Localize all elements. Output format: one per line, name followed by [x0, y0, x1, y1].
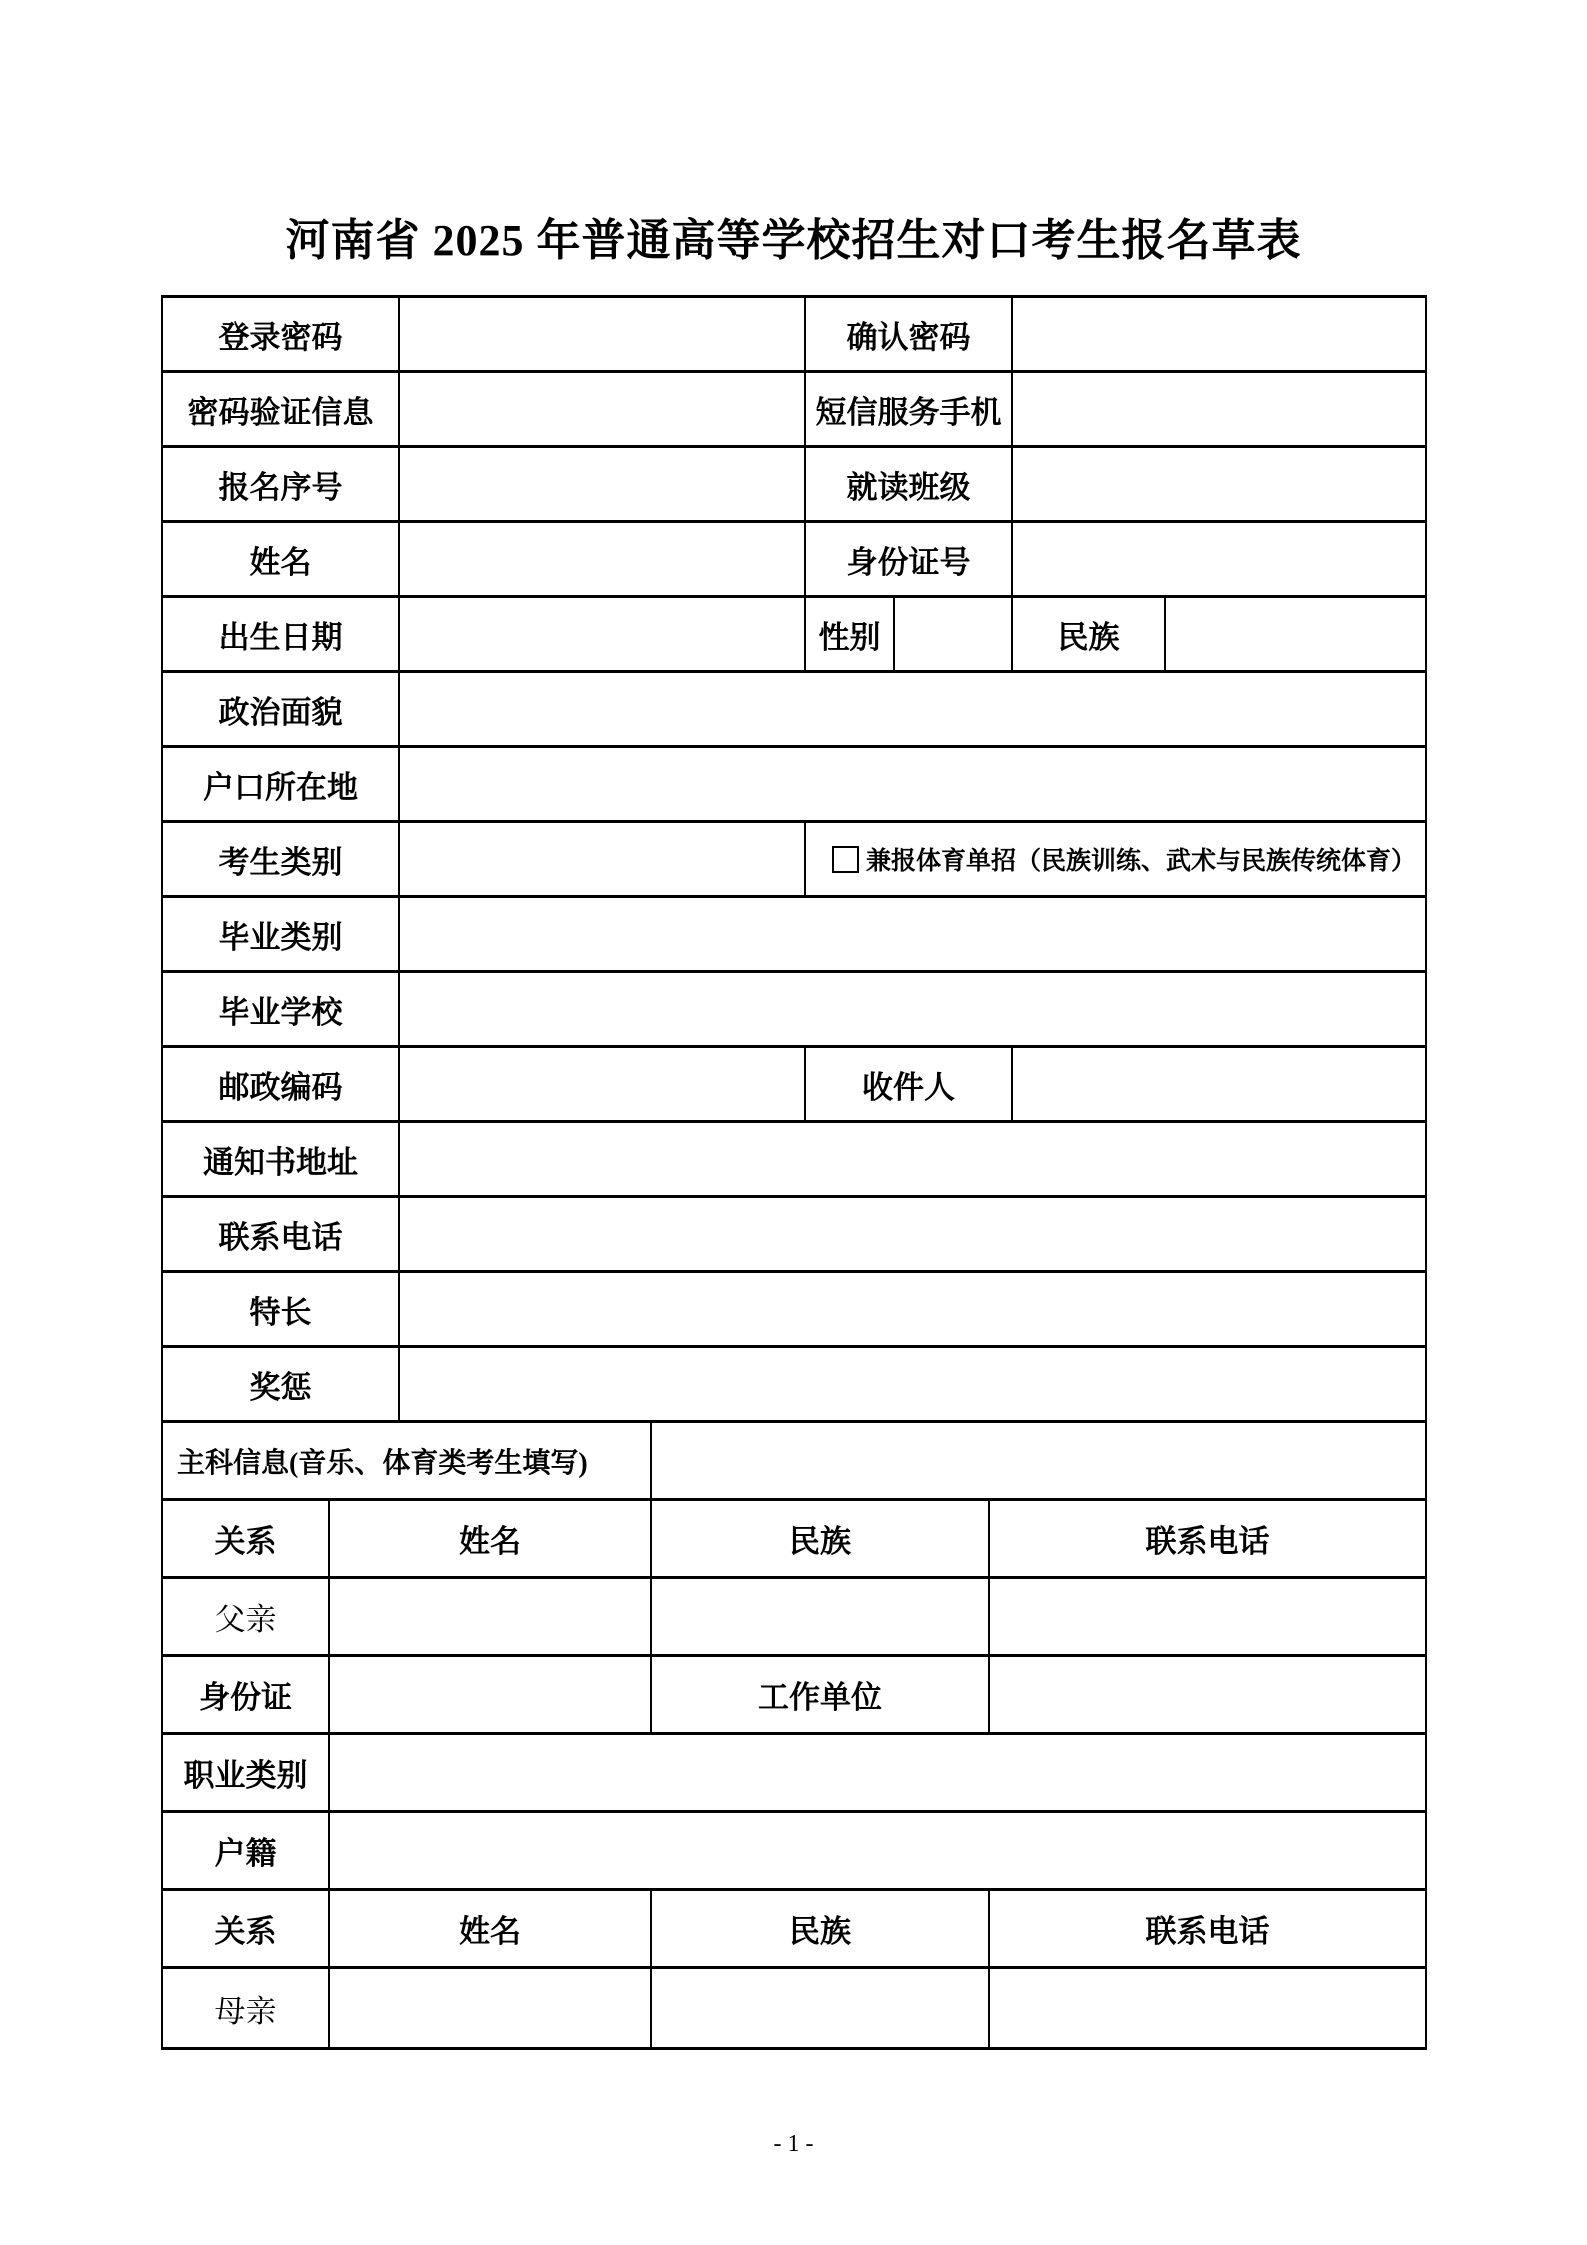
- birth-date-input-cell[interactable]: [400, 598, 806, 670]
- page-number: - 1 -: [0, 2128, 1587, 2160]
- table-row: 关系 姓名 民族 联系电话: [163, 1891, 1425, 1969]
- table-row: 身份证 工作单位: [163, 1657, 1425, 1735]
- checkbox-icon[interactable]: [832, 846, 859, 873]
- recipient-label: 收件人: [806, 1048, 1013, 1120]
- table-row: 户口所在地: [163, 748, 1425, 823]
- graduation-school-label: 毕业学校: [163, 973, 400, 1045]
- specialty-label: 特长: [163, 1273, 400, 1345]
- password-verify-info-input-cell[interactable]: [400, 373, 806, 445]
- table-row: 姓名 身份证号: [163, 523, 1425, 598]
- table-row: 特长: [163, 1273, 1425, 1348]
- table-row: 户籍: [163, 1813, 1425, 1891]
- sports-checkbox-label: 兼报体育单招（民族训练、武术与民族传统体育）: [866, 841, 1416, 877]
- graduation-category-input-cell[interactable]: [400, 898, 1425, 970]
- postal-code-label: 邮政编码: [163, 1048, 400, 1120]
- table-row: 邮政编码 收件人: [163, 1048, 1425, 1123]
- sms-service-phone-input-cell[interactable]: [1013, 373, 1425, 445]
- ethnicity-label: 民族: [1013, 598, 1166, 670]
- father-phone-input-cell[interactable]: [990, 1579, 1425, 1654]
- graduation-school-input-cell[interactable]: [400, 973, 1425, 1045]
- table-row: 毕业类别: [163, 898, 1425, 973]
- contact-phone-input-cell[interactable]: [400, 1198, 1425, 1270]
- registration-form-table: 登录密码 确认密码 密码验证信息 短信服务手机 报名序号 就读班级 姓名 身份证…: [161, 295, 1427, 2050]
- attending-class-label: 就读班级: [806, 448, 1013, 520]
- registration-serial-label: 报名序号: [163, 448, 400, 520]
- table-row: 毕业学校: [163, 973, 1425, 1048]
- major-subject-info-label: 主科信息(音乐、体育类考生填写): [163, 1423, 652, 1498]
- notice-address-input-cell[interactable]: [400, 1123, 1425, 1195]
- father-id-card-input-cell[interactable]: [330, 1657, 652, 1732]
- table-row: 通知书地址: [163, 1123, 1425, 1198]
- specialty-input-cell[interactable]: [400, 1273, 1425, 1345]
- form-page: 河南省 2025 年普通高等学校招生对口考生报名草表 登录密码 确认密码 密码验…: [0, 0, 1587, 2245]
- father-label: 父亲: [163, 1579, 330, 1654]
- table-row: 奖惩: [163, 1348, 1425, 1423]
- birth-date-label: 出生日期: [163, 598, 400, 670]
- relation-header-2: 关系: [163, 1891, 330, 1966]
- political-status-input-cell[interactable]: [400, 673, 1425, 745]
- form-title: 河南省 2025 年普通高等学校招生对口考生报名草表: [0, 212, 1587, 270]
- attending-class-input-cell[interactable]: [1013, 448, 1425, 520]
- father-name-input-cell[interactable]: [330, 1579, 652, 1654]
- father-work-unit-input-cell[interactable]: [990, 1657, 1425, 1732]
- father-ethnicity-input-cell[interactable]: [652, 1579, 990, 1654]
- gender-label: 性别: [806, 598, 895, 670]
- household-location-label: 户口所在地: [163, 748, 400, 820]
- rewards-punishments-input-cell[interactable]: [400, 1348, 1425, 1420]
- name-input-cell[interactable]: [400, 523, 806, 595]
- family-name-header: 姓名: [330, 1501, 652, 1576]
- candidate-category-label: 考生类别: [163, 823, 400, 895]
- table-row: 登录密码 确认密码: [163, 298, 1425, 373]
- family-name-header-2: 姓名: [330, 1891, 652, 1966]
- table-row: 政治面貌: [163, 673, 1425, 748]
- table-row: 联系电话: [163, 1198, 1425, 1273]
- gender-input-cell[interactable]: [895, 598, 1013, 670]
- ethnicity-input-cell[interactable]: [1166, 598, 1425, 670]
- major-subject-info-input-cell[interactable]: [652, 1423, 1425, 1498]
- household-registration-input-cell[interactable]: [330, 1813, 1425, 1888]
- login-password-label: 登录密码: [163, 298, 400, 370]
- sports-checkbox-option[interactable]: 兼报体育单招（民族训练、武术与民族传统体育）: [806, 823, 1425, 895]
- family-phone-header: 联系电话: [990, 1501, 1425, 1576]
- confirm-password-input-cell[interactable]: [1013, 298, 1425, 370]
- mother-name-input-cell[interactable]: [330, 1969, 652, 2047]
- contact-phone-label: 联系电话: [163, 1198, 400, 1270]
- table-row: 职业类别: [163, 1735, 1425, 1813]
- notice-address-label: 通知书地址: [163, 1123, 400, 1195]
- rewards-punishments-label: 奖惩: [163, 1348, 400, 1420]
- mother-phone-input-cell[interactable]: [990, 1969, 1425, 2047]
- name-label: 姓名: [163, 523, 400, 595]
- table-row: 出生日期 性别 民族: [163, 598, 1425, 673]
- father-id-card-label: 身份证: [163, 1657, 330, 1732]
- family-phone-header-2: 联系电话: [990, 1891, 1425, 1966]
- table-row: 母亲: [163, 1969, 1425, 2047]
- table-row: 报名序号 就读班级: [163, 448, 1425, 523]
- mother-label: 母亲: [163, 1969, 330, 2047]
- table-row: 主科信息(音乐、体育类考生填写): [163, 1423, 1425, 1501]
- occupation-category-input-cell[interactable]: [330, 1735, 1425, 1810]
- household-registration-label: 户籍: [163, 1813, 330, 1888]
- recipient-input-cell[interactable]: [1013, 1048, 1425, 1120]
- postal-code-input-cell[interactable]: [400, 1048, 806, 1120]
- graduation-category-label: 毕业类别: [163, 898, 400, 970]
- login-password-input-cell[interactable]: [400, 298, 806, 370]
- father-work-unit-label: 工作单位: [652, 1657, 990, 1732]
- table-row: 密码验证信息 短信服务手机: [163, 373, 1425, 448]
- table-row: 父亲: [163, 1579, 1425, 1657]
- password-verify-info-label: 密码验证信息: [163, 373, 400, 445]
- political-status-label: 政治面貌: [163, 673, 400, 745]
- table-row: 考生类别 兼报体育单招（民族训练、武术与民族传统体育）: [163, 823, 1425, 898]
- id-card-number-input-cell[interactable]: [1013, 523, 1425, 595]
- sms-service-phone-label: 短信服务手机: [806, 373, 1013, 445]
- mother-ethnicity-input-cell[interactable]: [652, 1969, 990, 2047]
- confirm-password-label: 确认密码: [806, 298, 1013, 370]
- family-ethnicity-header: 民族: [652, 1501, 990, 1576]
- relation-header: 关系: [163, 1501, 330, 1576]
- table-row: 关系 姓名 民族 联系电话: [163, 1501, 1425, 1579]
- candidate-category-input-cell[interactable]: [400, 823, 806, 895]
- occupation-category-label: 职业类别: [163, 1735, 330, 1810]
- registration-serial-input-cell[interactable]: [400, 448, 806, 520]
- household-location-input-cell[interactable]: [400, 748, 1425, 820]
- id-card-number-label: 身份证号: [806, 523, 1013, 595]
- family-ethnicity-header-2: 民族: [652, 1891, 990, 1966]
